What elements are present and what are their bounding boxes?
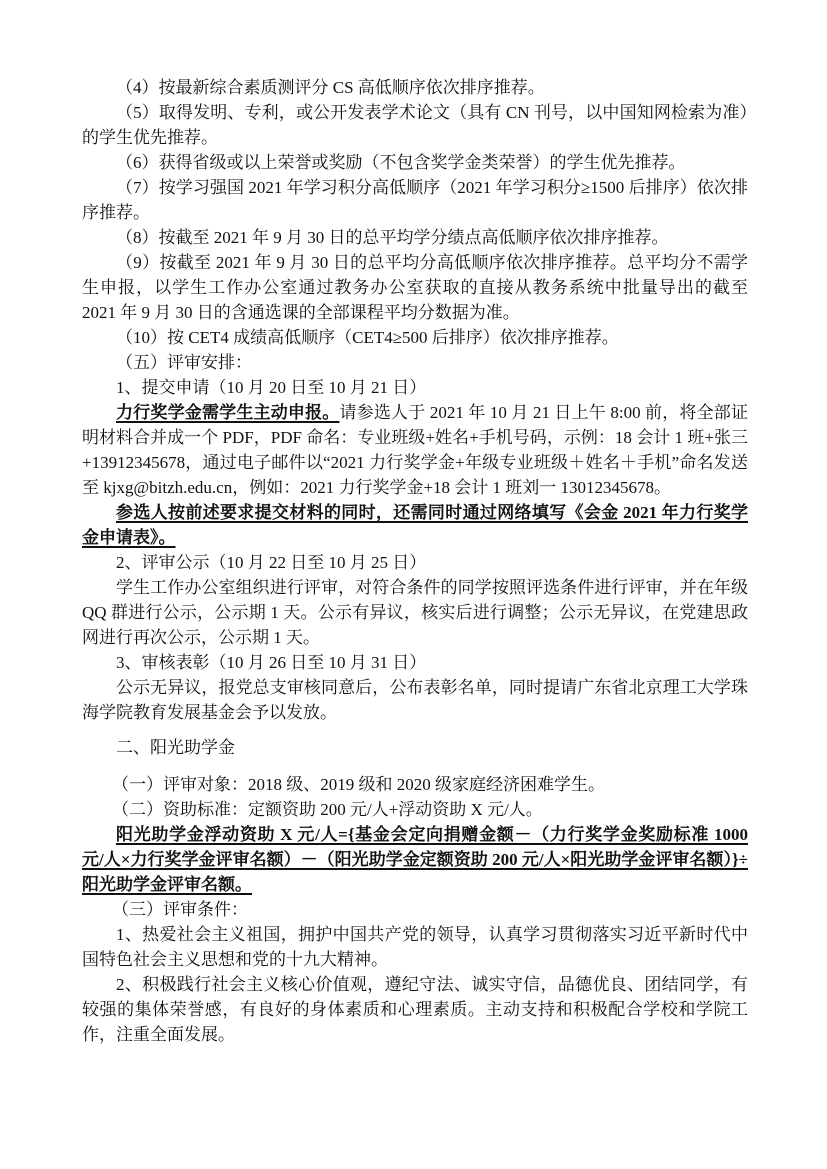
- criterion-7: （7）按学习强国 2021 年学习积分高低顺序（2021 年学习积分≥1500 …: [82, 175, 748, 225]
- criterion-8: （8）按截至 2021 年 9 月 30 日的总平均学分绩点高低顺序依次排序推荐…: [82, 225, 748, 250]
- conditions-heading: （三）评审条件：: [82, 897, 748, 922]
- criterion-4: （4）按最新综合素质测评分 CS 高低顺序依次排序推荐。: [82, 75, 748, 100]
- step1-title: 1、提交申请（10 月 20 日至 10 月 21 日）: [82, 375, 748, 400]
- grant-standard: （二）资助标准：定额资助 200 元/人+浮动资助 X 元/人。: [82, 797, 748, 822]
- step3-body: 公示无异议，报党总支审核同意后，公布表彰名单，同时提请广东省北京理工大学珠海学院…: [82, 675, 748, 725]
- grant-formula: 阳光助学金浮动资助 X 元/人={基金会定向捐赠金额－（力行奖学金奖励标准 10…: [82, 825, 748, 894]
- criterion-9: （9）按截至 2021 年 9 月 30 日的总平均分高低顺序依次排序推荐。总平…: [82, 250, 748, 325]
- step1-note-paragraph: 参选人按前述要求提交材料的同时，还需同时通过网络填写《会金 2021 年力行奖学…: [82, 500, 748, 550]
- step1-bold-lead: 力行奖学金需学生主动申报。: [116, 403, 339, 422]
- criterion-5: （5）取得发明、专利，或公开发表学术论文（具有 CN 刊号，以中国知网检索为准）…: [82, 100, 748, 150]
- criterion-10: （10）按 CET4 成绩高低顺序（CET4≥500 后排序）依次排序推荐。: [82, 325, 748, 350]
- condition-2: 2、积极践行社会主义核心价值观，遵纪守法、诚实守信，品德优良、团结同学，有较强的…: [82, 972, 748, 1047]
- document-page: （4）按最新综合素质测评分 CS 高低顺序依次排序推荐。 （5）取得发明、专利，…: [82, 75, 748, 1047]
- step2-title: 2、评审公示（10 月 22 日至 10 月 25 日）: [82, 550, 748, 575]
- step1-paragraph: 力行奖学金需学生主动申报。请参选人于 2021 年 10 月 21 日上午 8:…: [82, 400, 748, 500]
- criterion-6: （6）获得省级或以上荣誉或奖励（不包含奖学金类荣誉）的学生优先推荐。: [82, 150, 748, 175]
- step3-title: 3、审核表彰（10 月 26 日至 10 月 31 日）: [82, 650, 748, 675]
- step1-bold-note: 参选人按前述要求提交材料的同时，还需同时通过网络填写《会金 2021 年力行奖学…: [82, 503, 748, 547]
- grant-formula-paragraph: 阳光助学金浮动资助 X 元/人={基金会定向捐赠金额－（力行奖学金奖励标准 10…: [82, 822, 748, 897]
- grant-target: （一）评审对象：2018 级、2019 级和 2020 级家庭经济困难学生。: [82, 772, 748, 797]
- condition-1: 1、热爱社会主义祖国，拥护中国共产党的领导，认真学习贯彻落实习近平新时代中国特色…: [82, 922, 748, 972]
- review-schedule-heading: （五）评审安排：: [82, 350, 748, 375]
- step2-body: 学生工作办公室组织进行评审，对符合条件的同学按照评选条件进行评审，并在年级 QQ…: [82, 575, 748, 650]
- section-heading-sunshine-grant: 二、阳光助学金: [82, 736, 748, 761]
